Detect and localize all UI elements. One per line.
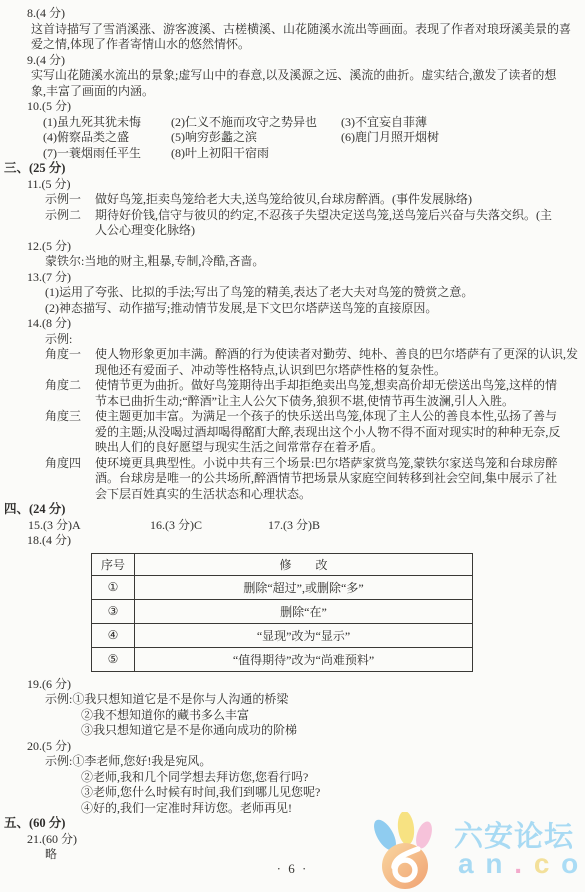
table-header-row: 序号 修 改 bbox=[92, 553, 473, 575]
question-13-number: 13.(7 分) bbox=[27, 270, 585, 286]
angle-label: 角度二 bbox=[45, 378, 95, 394]
column-header-index: 序号 bbox=[92, 553, 135, 575]
answer-line: 现他还有爱面子、冲动等性格特点,认识到巴尔塔萨性格的复杂性。 bbox=[95, 363, 585, 379]
q10-answers-row-1: (1)虽九死其犹未悔 (2)仁义不施而攻守之势异也 (3)不宜妄自菲薄 bbox=[43, 115, 585, 131]
row-correction: 删除“在” bbox=[135, 599, 473, 623]
question-8-number: 8.(4 分) bbox=[27, 6, 585, 22]
answer-line: 节本已曲折生动;“醉酒”让主人公欠下债务,狼狈不堪,使情节再生波澜,引人入胜。 bbox=[95, 394, 585, 410]
answer-line: ③老师,您什么时候有时间,我们到哪儿见您呢? bbox=[81, 785, 585, 801]
table-row: ⑤ “值得期待”改为“尚难预料” bbox=[92, 647, 473, 671]
answer-line: (1)运用了夸张、比拟的手法;写出了鸟笼的精美,表达了老大夫对鸟笼的赞赏之意。 bbox=[45, 285, 585, 301]
answer-line: 期待好价钱,信守与彼贝的约定,不忍孩子失望决定送鸟笼,送鸟笼后兴奋与失落交织。(… bbox=[95, 208, 585, 224]
answer-line: (2)神态描写、动作描写;推动情节发展,是下文巴尔塔萨送鸟笼的直接原因。 bbox=[45, 301, 585, 317]
example-label: 示例二 bbox=[45, 208, 95, 224]
q11-example-2: 示例二 期待好价钱,信守与彼贝的约定,不忍孩子失望决定送鸟笼,送鸟笼后兴奋与失落… bbox=[45, 208, 585, 239]
example-label: 示例一 bbox=[45, 192, 95, 208]
domain-letter: . bbox=[514, 848, 524, 879]
row-correction: “显现”改为“显示” bbox=[135, 623, 473, 647]
answer-item: (5)响穷彭蠡之滨 bbox=[171, 130, 341, 146]
row-correction: 删除“超过”,或删除“多” bbox=[135, 575, 473, 599]
answer-line: 示例:①我只想知道它是不是你与人沟通的桥梁 bbox=[45, 692, 585, 708]
watermark: 六安论坛 a n . c o m bbox=[370, 810, 585, 892]
question-18-number: 18.(4 分) bbox=[27, 533, 585, 549]
answer-line: ③我只想知道它是不是你通向成功的阶梯 bbox=[81, 723, 585, 739]
answer-item: (1)虽九死其犹未悔 bbox=[43, 115, 171, 131]
mcq-answer-15: 15.(3 分)A bbox=[28, 518, 150, 534]
q10-answers-row-2: (4)俯察品类之盛 (5)响穷彭蠡之滨 (6)鹿门月照开烟树 bbox=[43, 130, 585, 146]
answer-item: (3)不宜妄自菲薄 bbox=[341, 115, 427, 131]
answer-line: 会下层百姓真实的生活状态和心理状态。 bbox=[95, 487, 585, 503]
hand-logo-icon bbox=[370, 812, 452, 890]
row-index: ⑤ bbox=[92, 647, 135, 671]
answer-line: 蒙铁尔:当地的财主,粗暴,专制,冷酷,吝啬。 bbox=[45, 254, 585, 270]
angle-label: 角度一 bbox=[45, 347, 95, 363]
answer-line: 做好鸟笼,拒卖鸟笼给老大夫,送鸟笼给彼贝,台球房醉酒。(事件发展脉络) bbox=[95, 192, 585, 208]
question-10-number: 10.(5 分) bbox=[27, 99, 585, 115]
answer-sheet-page: 8.(4 分) 这首诗描写了雪消溪涨、游客渡溪、古槎横溪、山花随溪水流出等画面。… bbox=[0, 0, 585, 892]
section-3-heading: 三、(25 分) bbox=[4, 161, 585, 177]
table-row: ④ “显现”改为“显示” bbox=[92, 623, 473, 647]
answer-line: 爱的主题;从没喝过酒却喝得酩酊大醉,表现出这个小人物不得不面对现实时的种种无奈,… bbox=[95, 425, 585, 441]
answer-line: 人公心理变化脉络) bbox=[95, 223, 585, 239]
q14-angle-3: 角度三 使主题更加丰富。为满足一个孩子的快乐送出鸟笼,体现了主人公的善良本性,弘… bbox=[45, 409, 585, 456]
watermark-domain: a n . c o m bbox=[458, 848, 585, 880]
angle-label: 角度三 bbox=[45, 409, 95, 425]
q11-example-1: 示例一 做好鸟笼,拒卖鸟笼给老大夫,送鸟笼给彼贝,台球房醉酒。(事件发展脉络) bbox=[45, 192, 585, 208]
answers-content: 8.(4 分) 这首诗描写了雪消溪涨、游客渡溪、古槎横溪、山花随溪水流出等画面。… bbox=[0, 6, 585, 863]
example-intro: 示例: bbox=[45, 332, 585, 348]
q10-answers-row-3: (7)一蓑烟雨任平生 (8)叶上初阳干宿雨 bbox=[43, 146, 585, 162]
answer-item: (8)叶上初阳干宿雨 bbox=[171, 146, 341, 162]
question-20-number: 20.(5 分) bbox=[27, 739, 585, 755]
question-11-number: 11.(5 分) bbox=[27, 177, 585, 193]
answer-line: 使人物形象更加丰满。醉酒的行为使读者对勤劳、纯朴、善良的巴尔塔萨有了更深的认识,… bbox=[95, 347, 585, 363]
question-9-number: 9.(4 分) bbox=[27, 53, 585, 69]
answer-line: ②老师,我和几个同学想去拜访您,您看行吗? bbox=[81, 770, 585, 786]
mcq-answer-17: 17.(3 分)B bbox=[268, 518, 320, 534]
answer-line: 使环境更具典型性。小说中共有三个场景:巴尔塔萨家赏鸟笼,蒙铁尔家送鸟笼和台球房醉 bbox=[95, 456, 585, 472]
question-19-number: 19.(6 分) bbox=[27, 677, 585, 693]
q18-correction-table: 序号 修 改 ① 删除“超过”,或删除“多” ③ 删除“在” ④ “显现”改为“… bbox=[91, 553, 473, 672]
domain-letter: c bbox=[534, 848, 552, 879]
section-4-heading: 四、(24 分) bbox=[4, 502, 585, 518]
row-index: ③ bbox=[92, 599, 135, 623]
row-index: ① bbox=[92, 575, 135, 599]
column-header-correction: 修 改 bbox=[135, 553, 473, 575]
answer-line: 象,丰富了画面的内涵。 bbox=[31, 84, 585, 100]
answer-line: 这首诗描写了雪消溪涨、游客渡溪、古槎横溪、山花随溪水流出等画面。表现了作者对琅玡… bbox=[31, 22, 585, 38]
question-14-number: 14.(8 分) bbox=[27, 316, 585, 332]
domain-letter: o bbox=[561, 848, 580, 879]
answer-line: 爱之情,体现了作者寄情山水的悠然情怀。 bbox=[31, 37, 585, 53]
answer-line: 实写山花随溪水流出的景象;虚写山中的春意,以及溪源之远、溪流的曲折。虚实结合,激… bbox=[31, 68, 585, 84]
q14-angle-2: 角度二 使情节更为曲折。做好鸟笼期待出手却拒绝卖出鸟笼,想卖高价却无偿送出鸟笼,… bbox=[45, 378, 585, 409]
table-row: ③ 删除“在” bbox=[92, 599, 473, 623]
row-correction: “值得期待”改为“尚难预料” bbox=[135, 647, 473, 671]
answer-line: ②我不想知道你的藏书多么丰富 bbox=[81, 708, 585, 724]
row-index: ④ bbox=[92, 623, 135, 647]
answer-item: (4)俯察品类之盛 bbox=[43, 130, 171, 146]
q14-angle-4: 角度四 使环境更具典型性。小说中共有三个场景:巴尔塔萨家赏鸟笼,蒙铁尔家送鸟笼和… bbox=[45, 456, 585, 503]
domain-letter: n bbox=[485, 848, 504, 879]
angle-label: 角度四 bbox=[45, 456, 95, 472]
domain-letter: a bbox=[458, 848, 476, 879]
answer-item: (7)一蓑烟雨任平生 bbox=[43, 146, 171, 162]
answer-line: 酒。台球房是唯一的公共场所,醉酒情节把场景从家庭空间转移到社会空间,集中展示了社 bbox=[95, 471, 585, 487]
q14-angle-1: 角度一 使人物形象更加丰满。醉酒的行为使读者对勤劳、纯朴、善良的巴尔塔萨有了更深… bbox=[45, 347, 585, 378]
table-row: ① 删除“超过”,或删除“多” bbox=[92, 575, 473, 599]
answer-item: (2)仁义不施而攻守之势异也 bbox=[171, 115, 341, 131]
mcq-answer-16: 16.(3 分)C bbox=[150, 518, 268, 534]
answer-line: 使情节更为曲折。做好鸟笼期待出手却拒绝卖出鸟笼,想卖高价却无偿送出鸟笼,这样的情 bbox=[95, 378, 585, 394]
answer-item: (6)鹿门月照开烟树 bbox=[341, 130, 439, 146]
answer-line: 映出人们的良好愿望与现实生活之间常常存在着矛盾。 bbox=[95, 440, 585, 456]
mcq-answers-row: 15.(3 分)A 16.(3 分)C 17.(3 分)B bbox=[28, 518, 585, 534]
question-12-number: 12.(5 分) bbox=[27, 239, 585, 255]
answer-line: 使主题更加丰富。为满足一个孩子的快乐送出鸟笼,体现了主人公的善良本性,弘扬了善与 bbox=[95, 409, 585, 425]
answer-line: 示例:①李老师,您好!我是宛风。 bbox=[45, 754, 585, 770]
